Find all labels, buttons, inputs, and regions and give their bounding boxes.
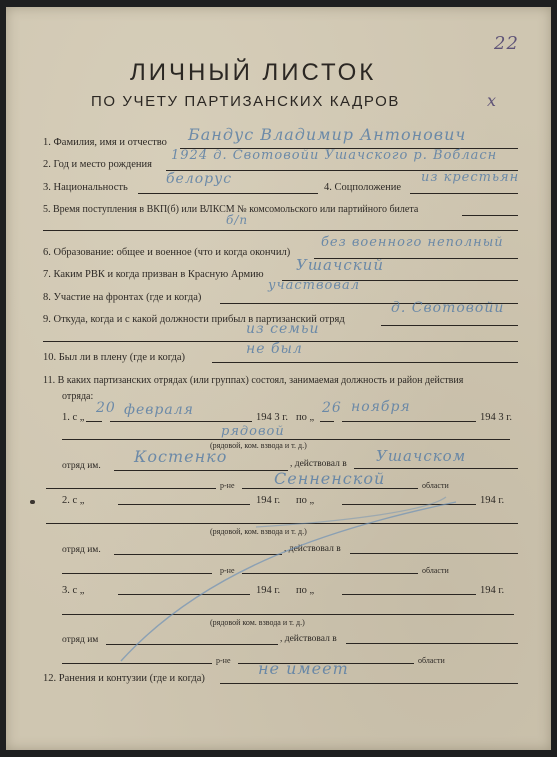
strike-through-stroke <box>6 7 551 750</box>
personal-record-sheet: ЛИЧНЫЙ ЛИСТОК ПО УЧЕТУ ПАРТИЗАНСКИХ КАДР… <box>6 7 551 750</box>
